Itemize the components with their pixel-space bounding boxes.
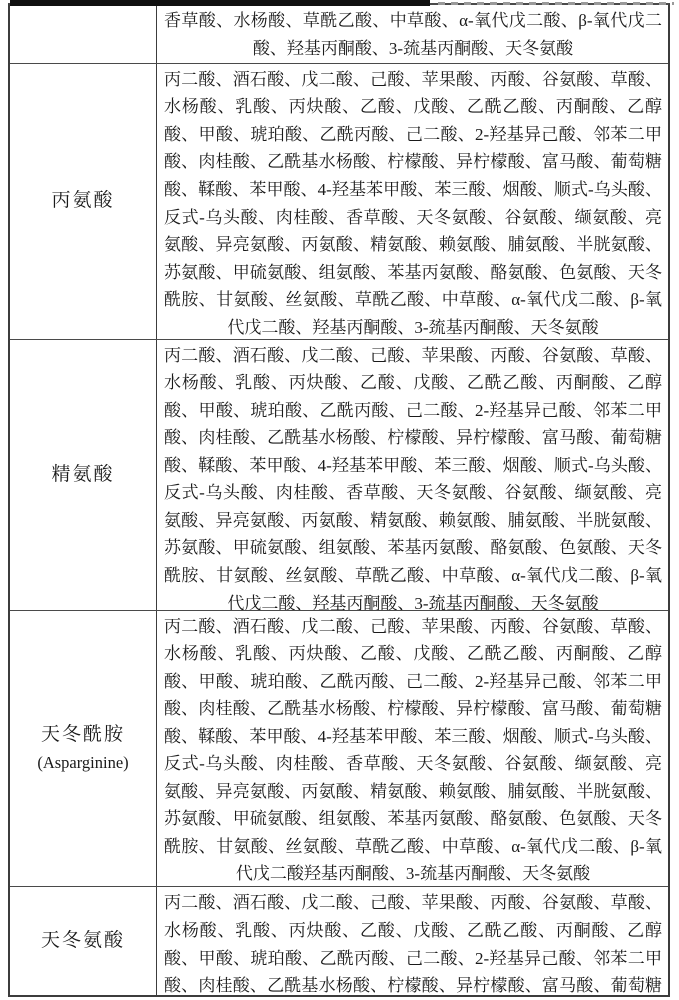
row-content-cell: 丙二酸、酒石酸、戊二酸、己酸、苹果酸、丙酸、谷氨酸、草酸、水杨酸、乳酸、丙炔酸、… <box>157 887 668 995</box>
row-label: 丙氨酸 <box>51 187 114 215</box>
table-row: 天冬氨酸 丙二酸、酒石酸、戊二酸、己酸、苹果酸、丙酸、谷氨酸、草酸、水杨酸、乳酸… <box>10 886 668 995</box>
row-content-cell: 香草酸、水杨酸、草酰乙酸、中草酸、α-氧代戊二酸、β-氧代戊二酸、羟基丙酮酸、3… <box>157 5 668 63</box>
row-label: 精氨酸 <box>51 461 114 489</box>
row-label-cell: 精氨酸 <box>10 340 157 610</box>
document-page: 香草酸、水杨酸、草酰乙酸、中草酸、α-氧代戊二酸、β-氧代戊二酸、羟基丙酮酸、3… <box>0 0 679 1000</box>
row-label-cell: 天冬酰胺 (Asparginine) <box>10 611 157 887</box>
table-row: 香草酸、水杨酸、草酰乙酸、中草酸、α-氧代戊二酸、β-氧代戊二酸、羟基丙酮酸、3… <box>10 5 668 63</box>
row-label: 天冬氨酸 <box>41 927 125 955</box>
table-row: 精氨酸 丙二酸、酒石酸、戊二酸、己酸、苹果酸、丙酸、谷氨酸、草酸、水杨酸、乳酸、… <box>10 339 668 610</box>
acid-substrate-table: 香草酸、水杨酸、草酰乙酸、中草酸、α-氧代戊二酸、β-氧代戊二酸、羟基丙酮酸、3… <box>8 3 670 997</box>
row-content-cell: 丙二酸、酒石酸、戊二酸、己酸、苹果酸、丙酸、谷氨酸、草酸、水杨酸、乳酸、丙炔酸、… <box>157 340 668 610</box>
table-row: 天冬酰胺 (Asparginine) 丙二酸、酒石酸、戊二酸、己酸、苹果酸、丙酸… <box>10 610 668 887</box>
row-label-english: (Asparginine) <box>37 749 128 777</box>
row-label-cell: 丙氨酸 <box>10 64 157 339</box>
scan-artifact-bar <box>10 0 430 6</box>
row-content-cell: 丙二酸、酒石酸、戊二酸、己酸、苹果酸、丙酸、谷氨酸、草酸、水杨酸、乳酸、丙炔酸、… <box>157 64 668 339</box>
scan-artifact-dashes <box>438 2 674 5</box>
row-label-cell <box>10 5 157 63</box>
row-label-cell: 天冬氨酸 <box>10 887 157 995</box>
row-content-cell: 丙二酸、酒石酸、戊二酸、己酸、苹果酸、丙酸、谷氨酸、草酸、水杨酸、乳酸、丙炔酸、… <box>157 611 668 887</box>
row-label: 天冬酰胺 <box>41 721 125 749</box>
table-row: 丙氨酸 丙二酸、酒石酸、戊二酸、己酸、苹果酸、丙酸、谷氨酸、草酸、水杨酸、乳酸、… <box>10 63 668 339</box>
